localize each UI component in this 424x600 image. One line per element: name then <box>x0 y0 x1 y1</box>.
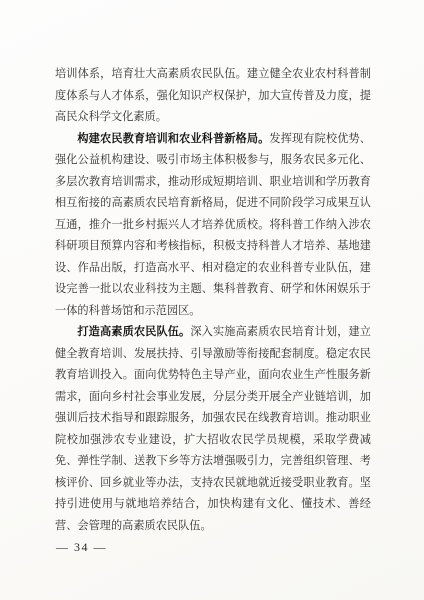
paragraph-continued: 培训体系，培育壮大高素质农民队伍。建立健全农业农村科普制度体系与人才体系，强化知… <box>55 64 371 129</box>
paragraph-lead: 构建农民教育培训和农业科普新格局。 <box>77 133 269 145</box>
paragraph-text: 深入实施高素质农民培育计划，建立健全教育培训、发展扶持、引导激励等衔接配套制度。… <box>55 326 371 532</box>
document-page: 培训体系，培育壮大高素质农民队伍。建立健全农业农村科普制度体系与人才体系，强化知… <box>0 0 424 600</box>
paragraph-high-quality-farmer-team: 打造高素质农民队伍。深入实施高素质农民培育计划，建立健全教育培训、发展扶持、引导… <box>55 322 371 537</box>
page-body: 培训体系，培育壮大高素质农民队伍。建立健全农业农村科普制度体系与人才体系，强化知… <box>55 64 371 537</box>
paragraph-text: 培训体系，培育壮大高素质农民队伍。建立健全农业农村科普制度体系与人才体系，强化知… <box>55 68 371 123</box>
paragraph-text: 发挥现有院校优势、强化公益机构建设、吸引市场主体积极参与，服务农民多元化、多层次… <box>55 133 371 317</box>
paragraph-education-popularization-pattern: 构建农民教育培训和农业科普新格局。发挥现有院校优势、强化公益机构建设、吸引市场主… <box>55 129 371 323</box>
paragraph-lead: 打造高素质农民队伍。 <box>77 326 190 338</box>
page-number: — 34 — <box>56 540 107 555</box>
